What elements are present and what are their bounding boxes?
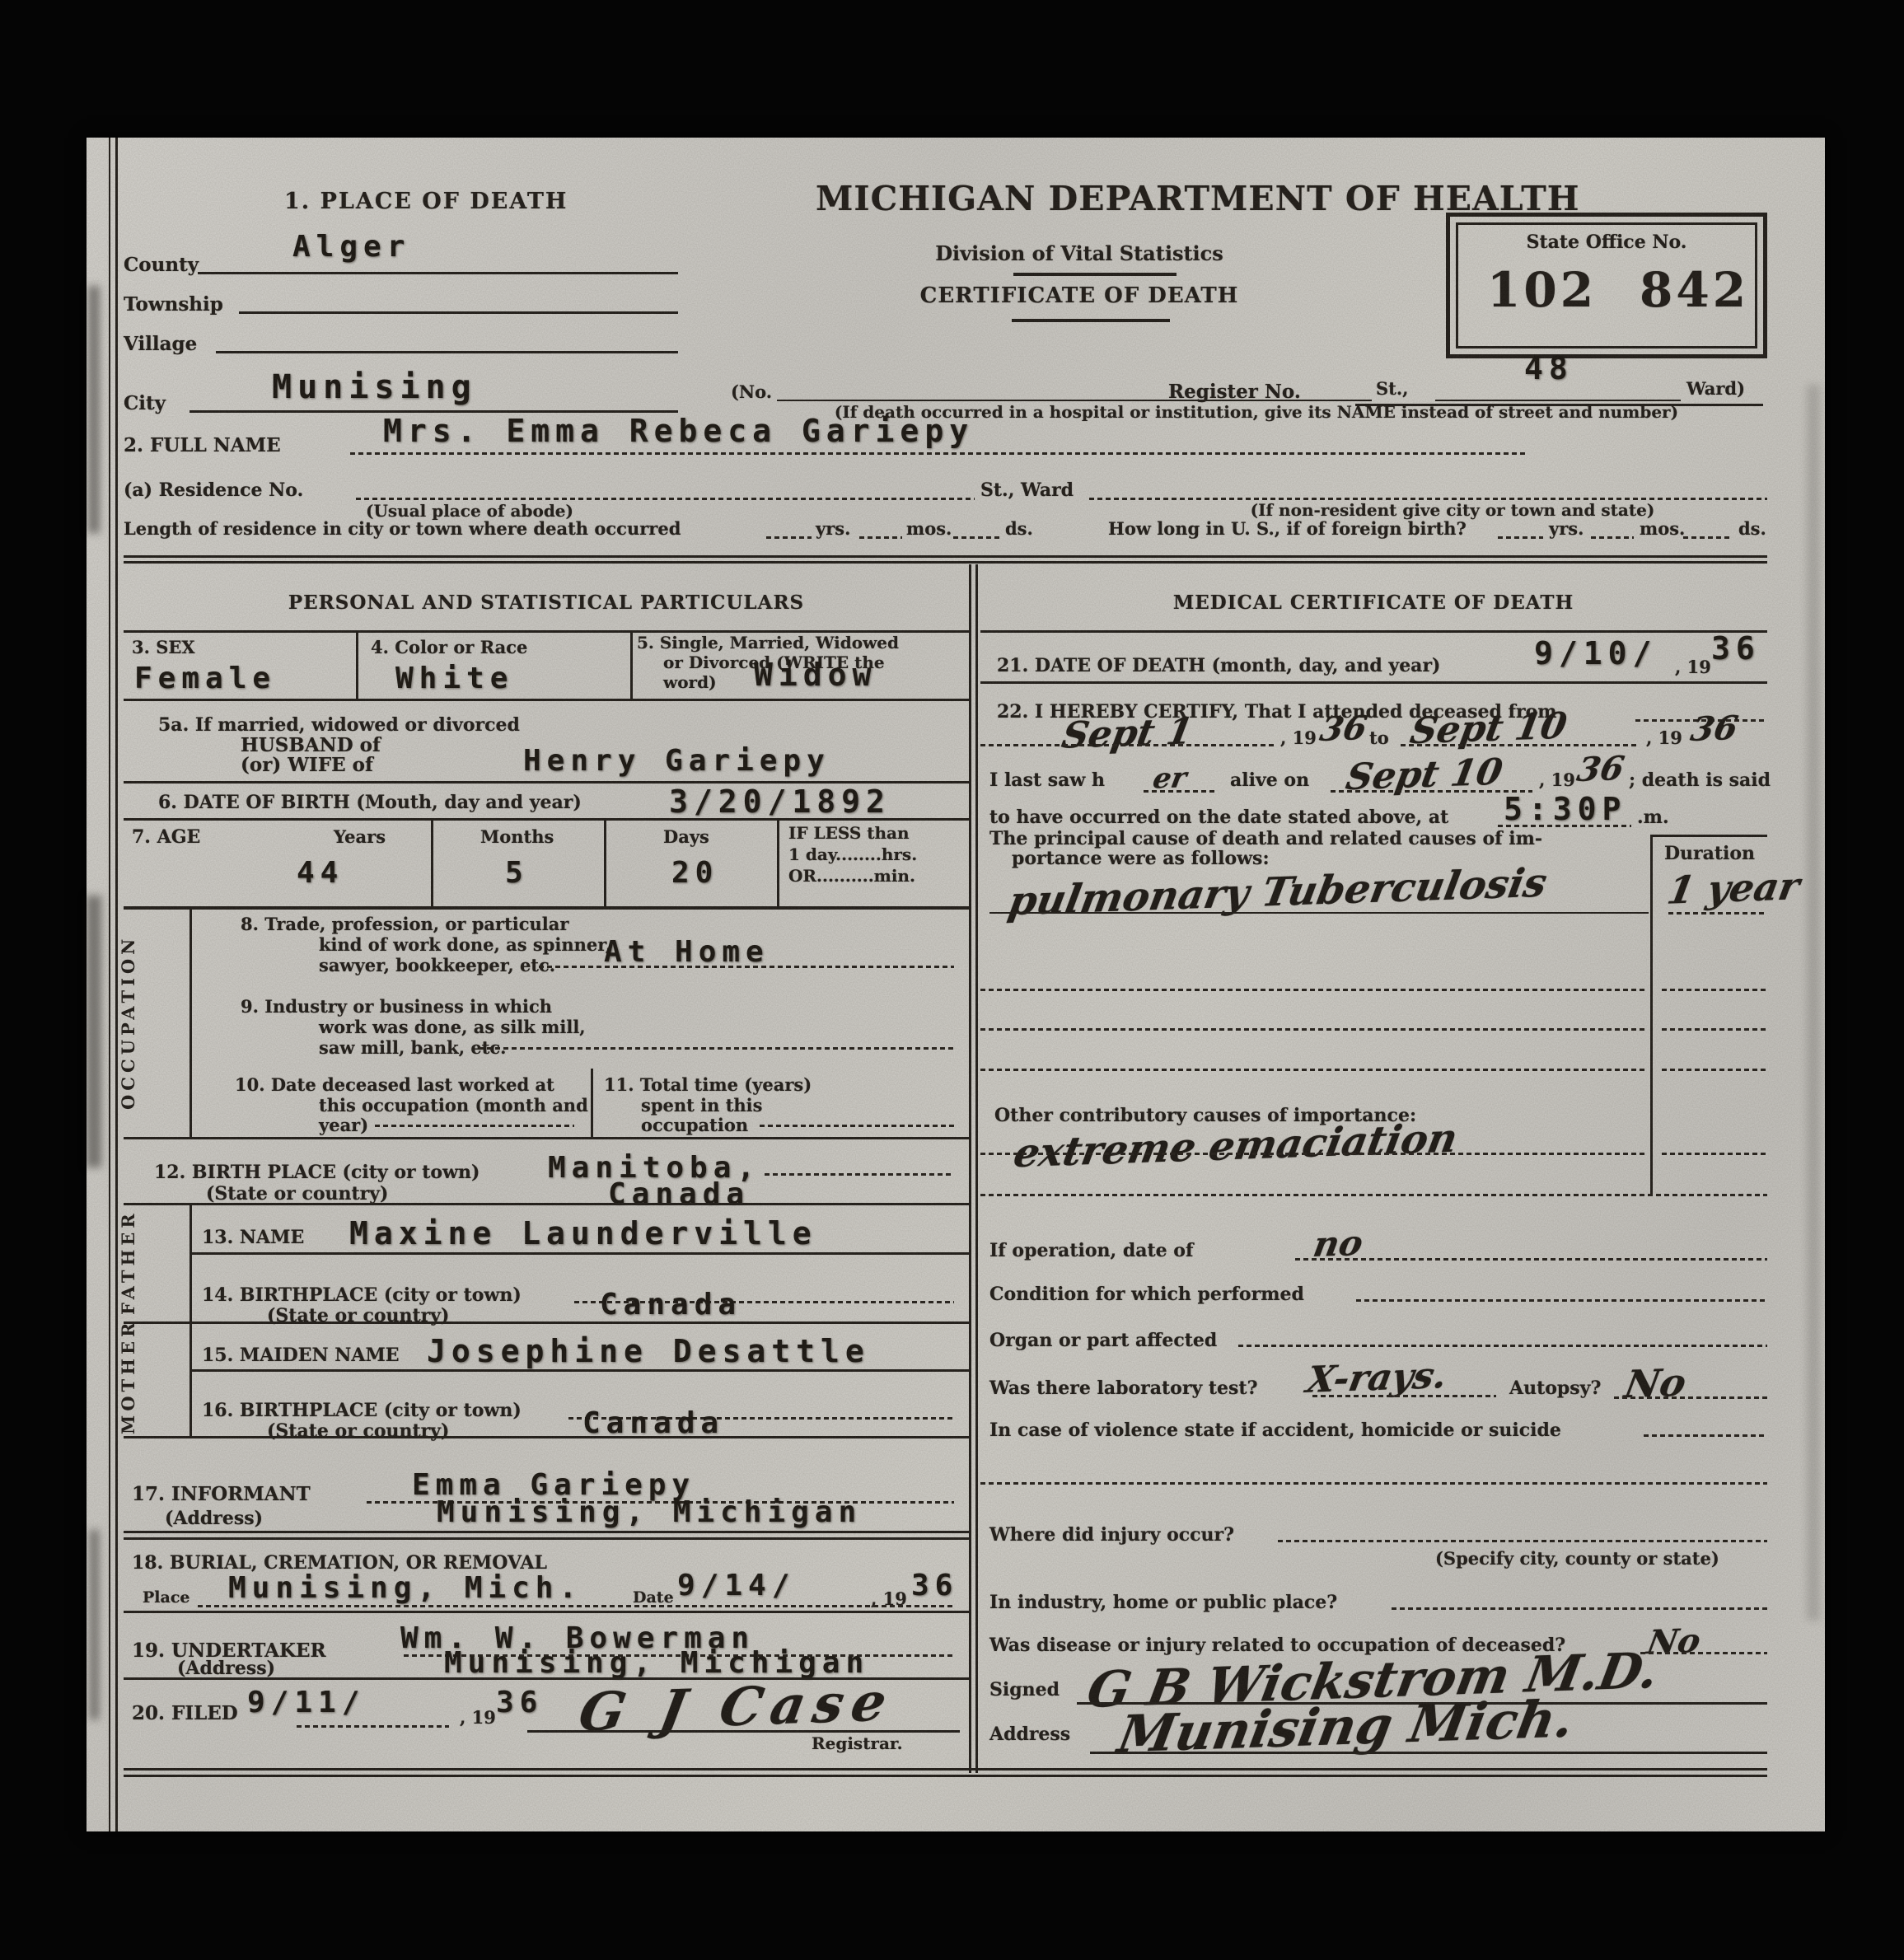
rule [124, 1436, 969, 1438]
signed-label: Signed [989, 1679, 1060, 1700]
filed-year-value: 36 [496, 1686, 543, 1719]
scan-smudge [90, 1530, 99, 1719]
if-less-label-1: IF LESS than [788, 823, 910, 843]
death-time-value: 5:30P [1504, 791, 1626, 827]
dotted-line [1614, 1396, 1767, 1399]
autopsy-label: Autopsy? [1509, 1378, 1601, 1399]
mos-line [859, 536, 902, 539]
condition-label: Condition for which performed [989, 1284, 1304, 1305]
marital-value: Widow [754, 657, 877, 693]
age-years-value: 44 [297, 856, 344, 890]
rule [124, 1611, 969, 1613]
scan-smudge [87, 896, 101, 1167]
village-line [216, 351, 678, 353]
address-line [1090, 1752, 1767, 1754]
industry-label-1: 9. Industry or business in which [241, 996, 552, 1017]
rule [124, 906, 969, 910]
street-line [1435, 400, 1681, 401]
column-divider [975, 564, 978, 1773]
date-of-death-label: 21. DATE OF DEATH (month, day, and year) [997, 655, 1440, 676]
state-office-box: State Office No. 102 842 [1446, 213, 1767, 358]
full-name-value: Mrs. Emma Rebeca Gariepy [383, 413, 974, 449]
printed-19: , 19 [1675, 657, 1711, 677]
if-less-label-2: 1 day........hrs. [788, 844, 917, 864]
autopsy-value: No [1621, 1360, 1690, 1407]
trade-value: At Home [604, 935, 770, 969]
dotted-line [1662, 1153, 1767, 1155]
ward-label: Ward) [1686, 378, 1745, 399]
trade-label-2: kind of work done, as spinner, [319, 934, 611, 955]
birthplace-label: 12. BIRTH PLACE (city or town) [154, 1162, 480, 1183]
dotted-line [1662, 1069, 1767, 1071]
last-saw-year: 36 [1574, 749, 1627, 789]
father-birthplace-label: 14. BIRTHPLACE (city or town) [202, 1284, 522, 1306]
dotted-line [1295, 1258, 1767, 1261]
date-of-death-year: 36 [1711, 630, 1761, 667]
printed-19: , 19 [1539, 769, 1575, 790]
dotted-line [1392, 1607, 1767, 1610]
printed-19: , 19 [1280, 727, 1317, 748]
dotted-line [539, 966, 954, 968]
rule [124, 1321, 969, 1324]
last-worked-label-3: year) [319, 1115, 368, 1135]
full-name-label: 2. FULL NAME [124, 434, 281, 456]
dotted-line [1278, 1540, 1767, 1542]
husband-label-1: 5a. If married, widowed or divorced [158, 714, 520, 736]
medical-section-title: MEDICAL CERTIFICATE OF DEATH [1044, 592, 1703, 614]
state-office-number-2: 842 [1640, 262, 1749, 318]
department-title: MICHIGAN DEPARTMENT OF HEALTH [816, 179, 1516, 218]
cell-divider [630, 630, 633, 699]
attended-to-year: 36 [1688, 709, 1741, 749]
dotted-line [1662, 1028, 1767, 1031]
nonresident-note: (If non-resident give city or town and s… [1222, 500, 1683, 520]
ds-label-2: ds. [1738, 518, 1766, 539]
last-saw-label-1: I last saw h [989, 769, 1105, 791]
last-worked-label-1: 10. Date deceased last worked at [235, 1074, 554, 1095]
death-said-label: ; death is said [1629, 769, 1771, 791]
cause-of-death-value: pulmonary Tuberculosis [1005, 860, 1551, 925]
last-saw-label-2: alive on [1230, 769, 1309, 791]
printed-19: , 19 [460, 1707, 496, 1728]
dotted-line [1662, 989, 1767, 991]
to-label: to [1369, 727, 1389, 748]
dotted-line [980, 989, 1644, 991]
age-label: 7. AGE [132, 826, 200, 848]
sex-label: 3. SEX [132, 637, 195, 657]
address-label: Address [989, 1724, 1070, 1745]
dotted-line [1644, 1434, 1767, 1437]
printed-19: , 19 [1646, 727, 1682, 748]
mos-label-2: mos. [1640, 518, 1685, 539]
burial-year-value: 36 [911, 1569, 958, 1602]
filed-label: 20. FILED [132, 1702, 238, 1724]
duration-value: 1 year [1664, 863, 1803, 912]
duration-box-top [1650, 835, 1767, 837]
days-column-label: Days [663, 826, 709, 847]
subtitle-rule [1013, 273, 1177, 276]
dotted-line [1144, 790, 1216, 793]
registrar-label: Registrar. [812, 1733, 903, 1753]
organ-label: Organ or part affected [989, 1330, 1217, 1351]
state-office-number-1: 102 [1487, 262, 1597, 318]
sex-value: Female [134, 662, 276, 695]
subtitle-rule [1012, 319, 1170, 322]
dotted-line [1668, 912, 1767, 915]
division-subtitle: Division of Vital Statistics [915, 241, 1244, 265]
principal-cause-label-1: The principal cause of death and related… [989, 828, 1542, 849]
rule [124, 818, 969, 821]
scanned-death-certificate: { "colors": {"background": "#050505", "p… [0, 0, 1904, 1960]
cell-divider [356, 630, 358, 699]
dotted-line [765, 1173, 954, 1176]
total-time-label-2: spent in this [641, 1095, 762, 1116]
if-less-label-3: OR..........min. [788, 866, 915, 886]
attended-from-year: 36 [1317, 709, 1370, 749]
mos-label: mos. [906, 518, 952, 539]
dotted-line [297, 1725, 449, 1728]
years-column-label: Years [334, 826, 386, 847]
yrs-label: yrs. [816, 518, 850, 539]
county-label: County [124, 254, 199, 276]
marital-label-1: 5. Single, Married, Widowed [637, 633, 899, 653]
duration-divider [1650, 835, 1653, 1195]
dotted-line [980, 744, 1274, 746]
mother-side-label: MOTHER [118, 1327, 138, 1434]
rule [189, 1252, 969, 1255]
birthplace-value-2: Canada [608, 1177, 750, 1211]
last-worked-label-2: this occupation (month and [319, 1095, 588, 1116]
injury-note: (Specify city, county or state) [1435, 1548, 1719, 1569]
ds-line-2 [1683, 536, 1733, 539]
dotted-line [1331, 790, 1532, 793]
date-of-death-value: 9/10/ [1534, 635, 1657, 671]
city-label: City [124, 392, 166, 414]
column-divider [969, 564, 971, 1773]
dotted-line [980, 1153, 1644, 1155]
bottom-double-rule [124, 1775, 1767, 1777]
cell-divider [777, 818, 779, 909]
husband-label-2: HUSBAND of [241, 734, 381, 756]
certificate-title: CERTIFICATE OF DEATH [915, 283, 1244, 308]
operation-label: If operation, date of [989, 1240, 1193, 1261]
mother-birthplace-label: 16. BIRTHPLACE (city or town) [202, 1400, 522, 1421]
street-no-label: (No. [731, 381, 772, 402]
injury-where-label: Where did injury occur? [989, 1524, 1234, 1546]
birthplace-sub-label: (State or country) [206, 1183, 388, 1205]
total-time-label-3: occupation [641, 1115, 748, 1135]
rule [980, 630, 1767, 633]
village-label: Village [124, 333, 197, 355]
dotted-line [375, 1125, 574, 1127]
bottom-double-rule [124, 1768, 1767, 1771]
rule [124, 1137, 969, 1139]
yrs-line-2 [1498, 536, 1543, 539]
marital-label-3: word) [663, 672, 717, 692]
us-length-label: How long in U. S., if of foreign birth? [1108, 518, 1467, 539]
dotted-line [980, 1028, 1644, 1031]
county-value: Alger [292, 230, 410, 264]
personal-section-title: PERSONAL AND STATISTICAL PARTICULARS [217, 592, 876, 614]
signature-line [527, 1730, 960, 1733]
father-birthplace-value: Canada [600, 1288, 741, 1321]
double-rule [124, 1531, 969, 1533]
state-office-label: State Office No. [1450, 232, 1763, 253]
county-line [198, 272, 678, 274]
principal-cause-label-2: portance were as follows: [1012, 848, 1270, 869]
section-double-rule [124, 561, 1767, 564]
violence-label: In case of violence state if accident, h… [989, 1420, 1561, 1441]
rule [189, 1369, 969, 1372]
duration-label: Duration [1652, 843, 1767, 864]
ds-line [953, 536, 999, 539]
father-side-label: FATHER [118, 1209, 138, 1316]
occurred-label: to have occurred on the date stated abov… [989, 807, 1448, 828]
dotted-line [479, 1047, 954, 1050]
mother-birthplace-value: Canada [582, 1406, 724, 1440]
band-line [189, 1321, 192, 1436]
dotted-line [1312, 1395, 1496, 1397]
dotted-line [1356, 1299, 1767, 1302]
undertaker-sub-label: (Address) [177, 1658, 275, 1679]
mos-line-2 [1591, 536, 1634, 539]
page-edge-line [109, 138, 110, 1831]
race-label: 4. Color or Race [371, 637, 527, 657]
yrs-label-2: yrs. [1549, 518, 1584, 539]
township-line [239, 311, 678, 314]
husband-value: Henry Gariepy [523, 744, 830, 778]
cell-divider [604, 818, 606, 909]
rule [980, 681, 1767, 684]
dotted-line [1498, 825, 1631, 827]
dotted-line [980, 1482, 1767, 1485]
age-days-value: 20 [671, 856, 718, 890]
register-number: 48 [1524, 350, 1574, 386]
scan-smudge [1807, 385, 1820, 1621]
age-months-value: 5 [505, 856, 529, 890]
band-line [189, 1203, 192, 1321]
dotted-line [1401, 744, 1640, 746]
filed-date-value: 9/11/ [247, 1686, 365, 1719]
attended-from-value: Sept 1 [1059, 710, 1196, 756]
cell-divider [591, 1069, 593, 1137]
place-of-death-title: 1. PLACE OF DEATH [284, 189, 564, 214]
township-label: Township [124, 293, 223, 316]
st-ward-label: St., Ward [980, 479, 1074, 501]
occupation-side-label: OCCUPATION [118, 941, 138, 1110]
street-label: St., [1376, 378, 1409, 399]
husband-label-3: (or) WIFE of [241, 754, 373, 776]
line [989, 912, 1649, 914]
race-value: White [395, 662, 513, 695]
m-label: .m. [1637, 807, 1669, 828]
residence-label: (a) Residence No. [124, 479, 303, 501]
full-name-line [350, 452, 1528, 455]
dotted-line [1238, 1345, 1767, 1347]
dotted-line [980, 1069, 1644, 1071]
dob-label: 6. DATE OF BIRTH (Mouth, day and year) [158, 792, 582, 813]
ds-label: ds. [1005, 518, 1033, 539]
trade-label-1: 8. Trade, profession, or particular [241, 914, 568, 934]
informant-label: 17. INFORMANT [132, 1483, 311, 1505]
dob-value: 3/20/1892 [669, 784, 891, 820]
section-double-rule [124, 555, 1767, 558]
mother-name-label: 15. MAIDEN NAME [202, 1345, 400, 1366]
lab-test-label: Was there laboratory test? [989, 1378, 1257, 1399]
informant-sub-label: (Address) [165, 1508, 263, 1529]
rule [124, 699, 969, 701]
dotted-line [980, 1194, 1767, 1196]
trade-label-3: sawyer, bookkeeper, etc. [319, 955, 555, 975]
burial-place-label: Place [143, 1588, 189, 1607]
certificate-page: 1. PLACE OF DEATH MICHIGAN DEPARTMENT OF… [87, 138, 1825, 1831]
length-residence-label: Length of residence in city or town wher… [124, 518, 681, 539]
city-value: Munising [272, 368, 477, 406]
industry-label-2: work was done, as silk mill, [319, 1017, 586, 1037]
months-column-label: Months [480, 826, 554, 847]
yrs-line [766, 536, 812, 539]
mother-birthplace-sub: (State or country) [267, 1420, 449, 1442]
burial-place-value: Munising, Mich. [228, 1571, 582, 1605]
burial-date-value: 9/14/ [677, 1569, 795, 1602]
band-line [189, 910, 192, 1137]
mother-name-value: Josephine Desattle [427, 1333, 870, 1369]
total-time-label-1: 11. Total time (years) [604, 1074, 812, 1095]
father-name-value: Maxine Launderville [349, 1215, 817, 1251]
double-rule [124, 1537, 969, 1540]
rule [124, 1203, 969, 1205]
father-name-label: 13. NAME [202, 1227, 304, 1248]
scan-smudge [88, 286, 100, 533]
industry-place-label: In industry, home or public place? [989, 1592, 1337, 1613]
cell-divider [431, 818, 433, 909]
dotted-line [198, 1605, 954, 1607]
dotted-line [760, 1125, 954, 1127]
street-no-line [777, 400, 1372, 401]
informant-value-2: Munising, Michigan [437, 1495, 862, 1529]
residence-line [356, 498, 975, 500]
burial-date-label: Date [633, 1588, 674, 1607]
